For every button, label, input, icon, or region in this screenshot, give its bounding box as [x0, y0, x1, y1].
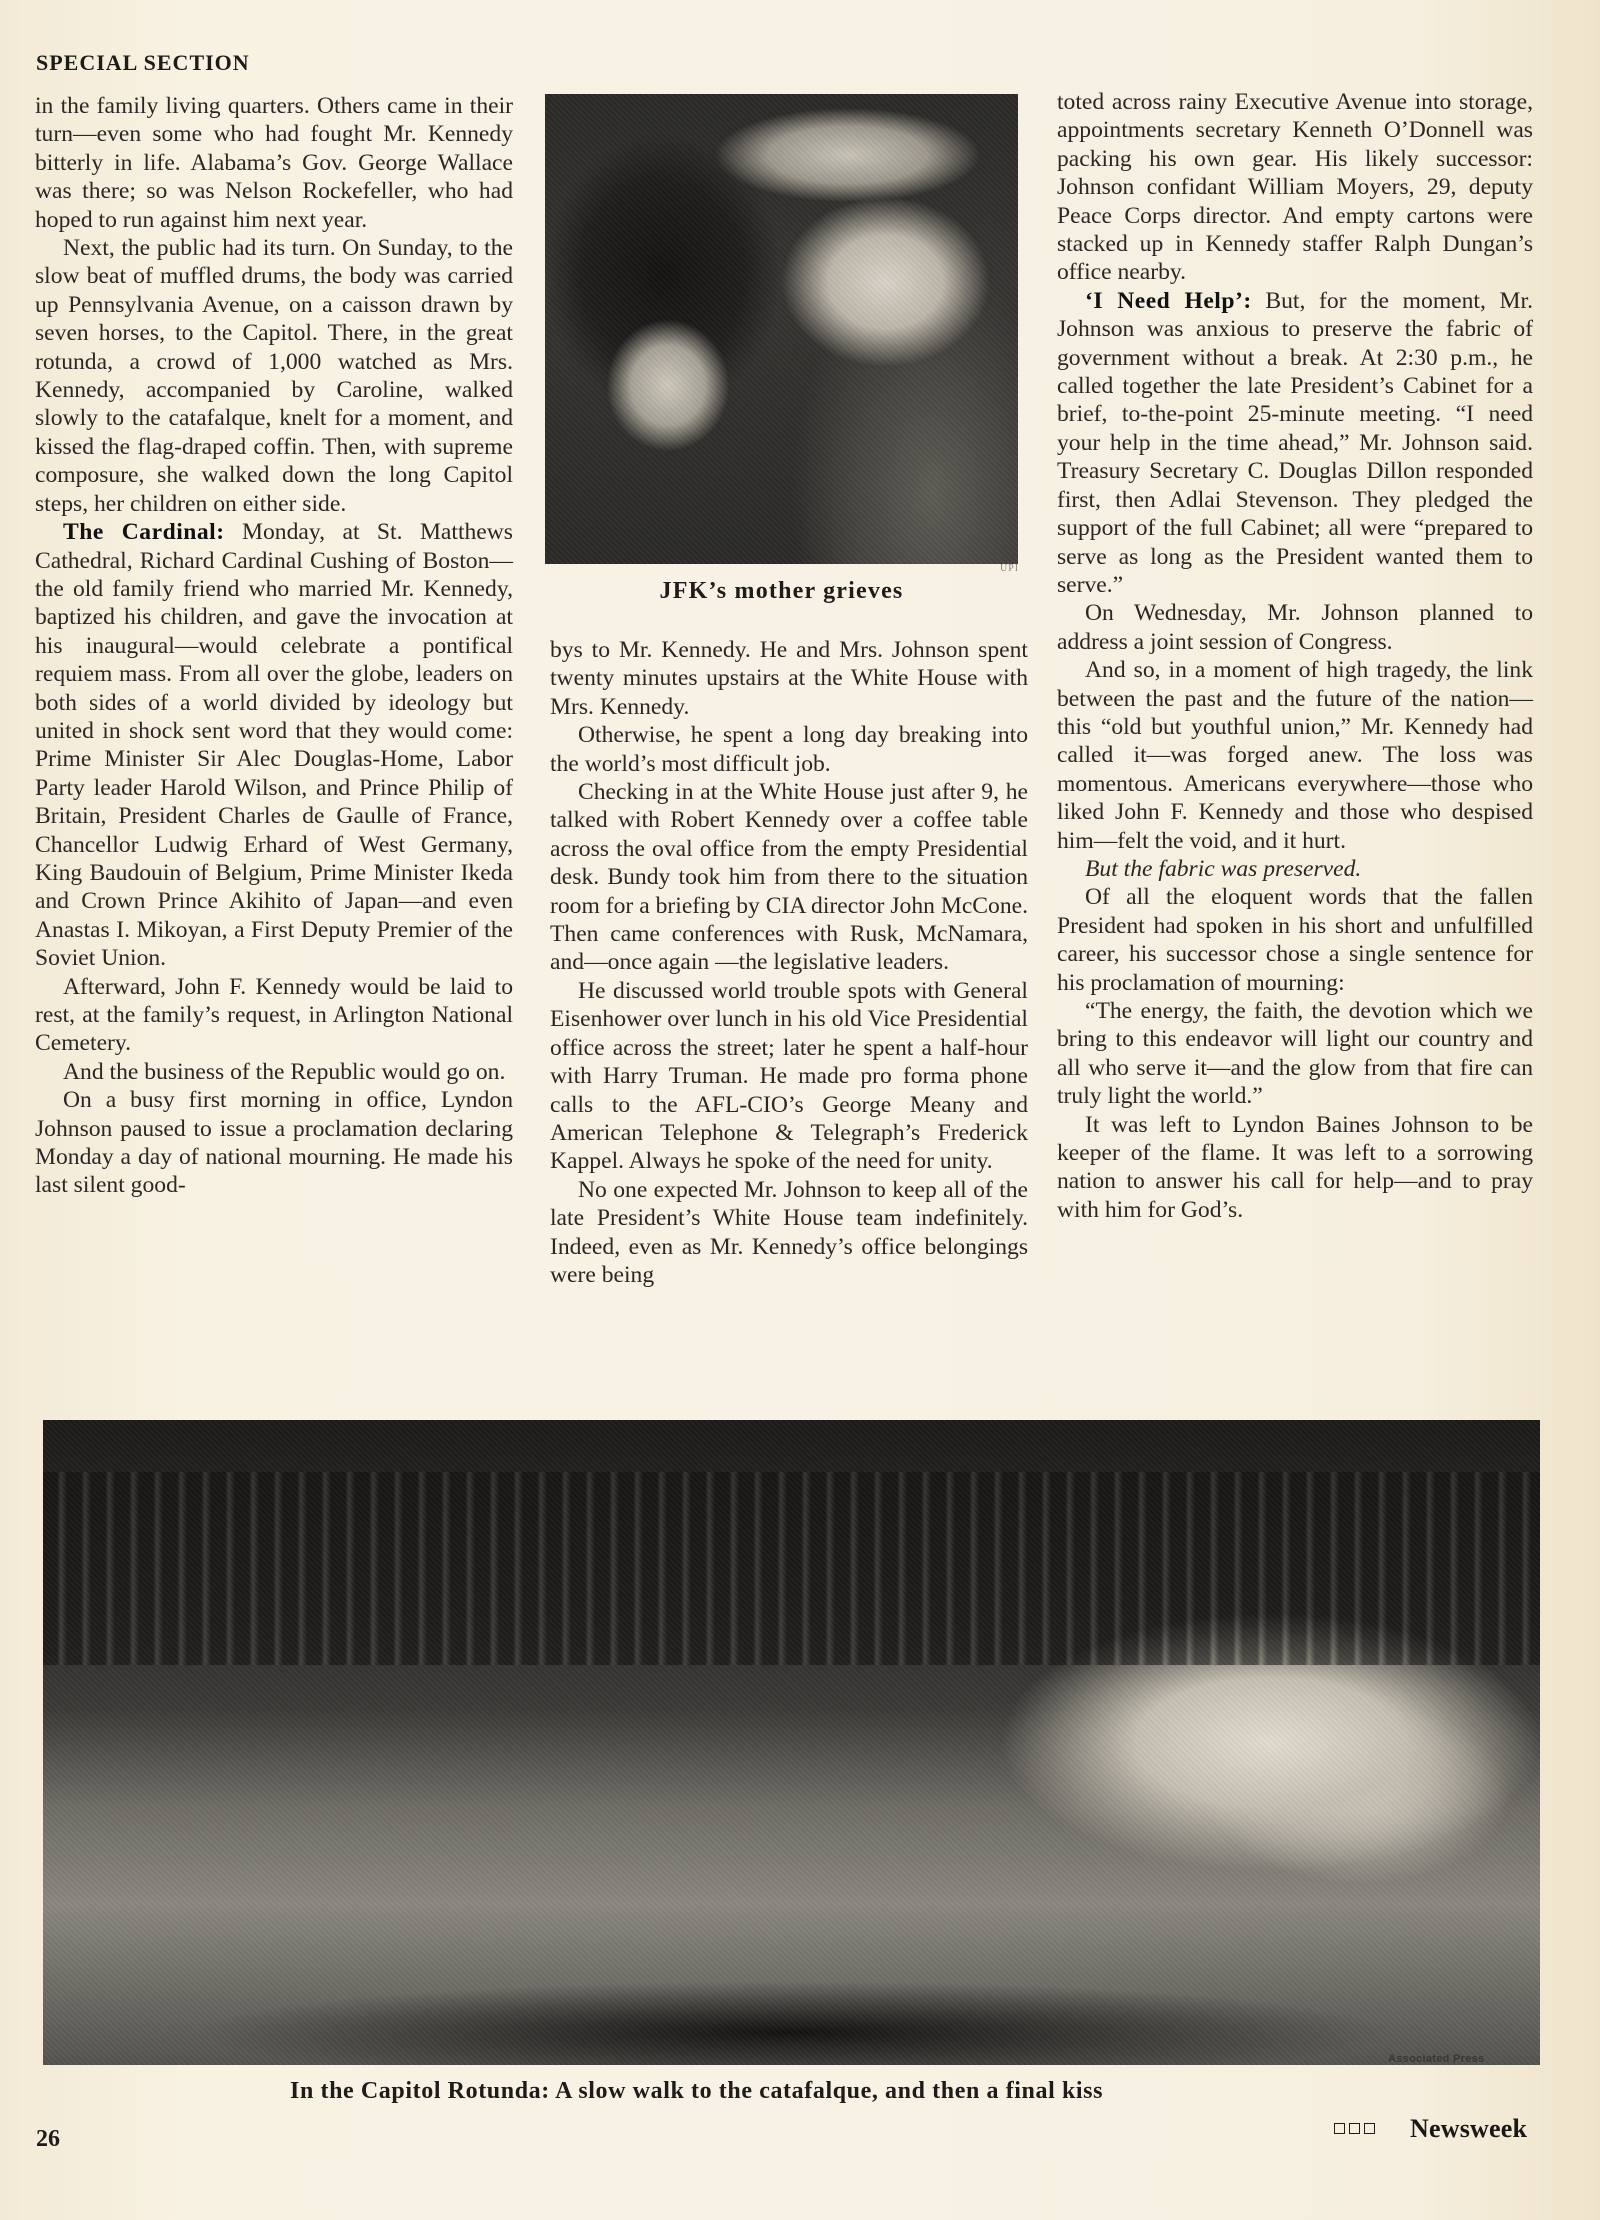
magazine-masthead: Newsweek [1410, 2114, 1527, 2144]
photo-capitol-rotunda [43, 1420, 1540, 2065]
paragraph: He discussed world trouble spots with Ge… [550, 977, 1028, 1176]
paragraph: Otherwise, he spent a long day breaking … [550, 721, 1028, 778]
photo-grain [545, 94, 1018, 564]
quotation-paragraph: “The energy, the faith, the devotion whi… [1057, 997, 1533, 1111]
paragraph: Next, the public had its turn. On Sunday… [35, 234, 513, 518]
paragraph: On Wednesday, Mr. Johnson planned to add… [1057, 599, 1533, 656]
paragraph: ‘I Need Help’: But, for the moment, Mr. … [1057, 287, 1533, 599]
square-icon [1334, 2123, 1345, 2134]
paragraph: And so, in a moment of high tragedy, the… [1057, 656, 1533, 855]
square-icon [1349, 2123, 1360, 2134]
paragraph: in the family living quarters. Others ca… [35, 92, 513, 234]
article-column-right: toted across rainy Executive Avenue into… [1057, 88, 1533, 1224]
paragraph: Checking in at the White House just afte… [550, 778, 1028, 977]
paragraph: Afterward, John F. Kennedy would be laid… [35, 973, 513, 1058]
paragraph: The Cardinal: Monday, at St. Matthews Ca… [35, 518, 513, 973]
paragraph: bys to Mr. Kennedy. He and Mrs. Johnson … [550, 636, 1028, 721]
paragraph-text: Monday, at St. Matthews Cathedral, Richa… [35, 519, 513, 971]
paragraph-italic: But the fabric was preserved. [1057, 855, 1533, 883]
paragraph: And the business of the Republic would g… [35, 1058, 513, 1086]
article-column-left: in the family living quarters. Others ca… [35, 92, 513, 1200]
paragraph: On a busy first morning in office, Lyndo… [35, 1086, 513, 1200]
photo-credit-bottom: Associated Press [1388, 2053, 1485, 2065]
paragraph-text: But, for the moment, Mr. Johnson was anx… [1057, 288, 1533, 598]
end-marks-icon [1334, 2123, 1375, 2134]
photo-caption-top: JFK’s mother grieves [545, 578, 1018, 605]
subhead-run-in: The Cardinal: [63, 519, 225, 545]
article-column-middle: bys to Mr. Kennedy. He and Mrs. Johnson … [550, 636, 1028, 1289]
paragraph: Of all the eloquent words that the falle… [1057, 883, 1533, 997]
paragraph: toted across rainy Executive Avenue into… [1057, 88, 1533, 287]
paragraph: It was left to Lyndon Baines Johnson to … [1057, 1111, 1533, 1225]
photo-mother-grieves [545, 94, 1018, 564]
photo-credit-top: UPI [1000, 563, 1019, 574]
page-number: 26 [36, 2126, 60, 2153]
subhead-run-in: ‘I Need Help’: [1085, 288, 1252, 314]
square-icon [1364, 2123, 1375, 2134]
section-header: SPECIAL SECTION [36, 50, 250, 76]
photo-grain [43, 1420, 1540, 2065]
paragraph: No one expected Mr. Johnson to keep all … [550, 1176, 1028, 1290]
photo-caption-bottom: In the Capitol Rotunda: A slow walk to t… [290, 2078, 1103, 2105]
